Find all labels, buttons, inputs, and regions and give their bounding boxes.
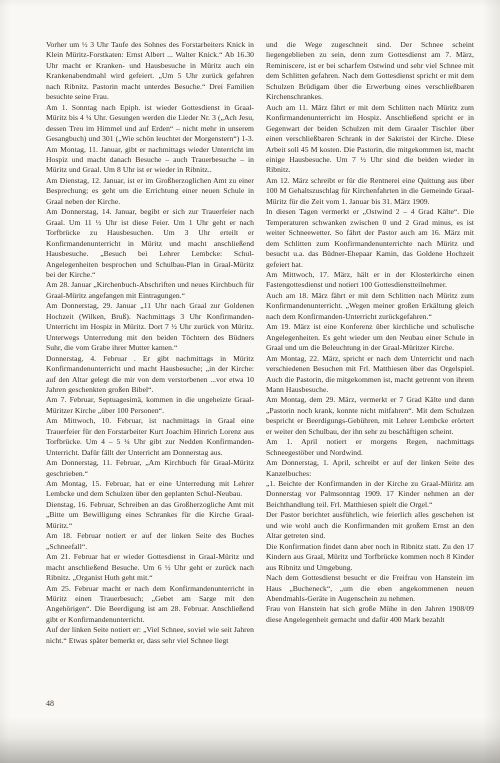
text-columns: Vorher um ½ 3 Uhr Taufe des Sohnes des F… bbox=[46, 40, 474, 646]
paragraph: Die Konfirmation findet dann aber noch i… bbox=[266, 542, 474, 573]
left-column: Vorher um ½ 3 Uhr Taufe des Sohnes des F… bbox=[46, 40, 254, 646]
paragraph: und die Wege zugeschneit sind. Der Schne… bbox=[266, 40, 474, 103]
paragraph: Am Donnerstag, 1. April, schreibt er auf… bbox=[266, 458, 474, 479]
paragraph: Auch am 18. März fährt er mit dem Schlit… bbox=[266, 291, 474, 322]
page-number: 48 bbox=[46, 699, 54, 708]
paragraph: Am 1. Sonntag nach Epiph. ist wieder Got… bbox=[46, 103, 254, 145]
paragraph: Am Montag, dem 29. März, vermerkt er 7 G… bbox=[266, 395, 474, 437]
paragraph: Am 18. Februar notiert er auf der linken… bbox=[46, 531, 254, 552]
paragraph: Am 21. Februar hat er wieder Gottesdiens… bbox=[46, 552, 254, 583]
paragraph: Am Montag, 15. Februar, hat er eine Unte… bbox=[46, 479, 254, 500]
paragraph: Am Donnerstag, 11. Februar, „Am Kirchbuc… bbox=[46, 458, 254, 479]
paragraph: Auf der linken Seite notiert er: „Viel S… bbox=[46, 625, 254, 646]
paragraph: Am 12. März schreibt er für die Rentnere… bbox=[266, 176, 474, 207]
paragraph: Am Mittwoch, 17. März, hält er in der Kl… bbox=[266, 270, 474, 291]
paragraph: Frau von Hanstein hat sich große Mühe in… bbox=[266, 604, 474, 625]
paragraph: In diesen Tagen vermerkt er „Ostwind 2 –… bbox=[266, 207, 474, 270]
paragraph: Auch am 11. März fährt er mit dem Schlit… bbox=[266, 103, 474, 176]
scan-bottom-edge bbox=[0, 737, 500, 763]
paragraph: Donnerstag, 4. Februar . Er gibt nachmit… bbox=[46, 354, 254, 396]
paragraph: Am Mittwoch, 10. Februar, ist nachmittag… bbox=[46, 416, 254, 458]
paragraph: Am Donnerstag, 29. Januar „11 Uhr nach G… bbox=[46, 301, 254, 353]
paragraph: Am 25. Februar macht er nach dem Konfirm… bbox=[46, 584, 254, 626]
paragraph: Am 1. April notiert er morgens Regen, na… bbox=[266, 437, 474, 458]
paragraph: Der Pastor berichtet ausführlich, wie fe… bbox=[266, 510, 474, 541]
paragraph: Am 19. März ist eine Konferenz über kirc… bbox=[266, 322, 474, 353]
paragraph: Am 28. Januar „Kirchenbuch-Abschriften u… bbox=[46, 280, 254, 301]
paragraph: Am Donnerstag, 14. Januar, begibt er sic… bbox=[46, 207, 254, 280]
paragraph: Am Montag, 22. März, spricht er nach dem… bbox=[266, 354, 474, 396]
paragraph: Nach dem Gottesdienst besucht er die Fre… bbox=[266, 573, 474, 604]
paragraph: Dienstag, 16. Februar, Schreiben an das … bbox=[46, 500, 254, 531]
paragraph: „1. Beichte der Konfirmanden in der Kirc… bbox=[266, 479, 474, 510]
paragraph: Am Montag, 11. Januar, gibt er nachmitta… bbox=[46, 145, 254, 176]
paragraph: Am Dienstag, 12. Januar, ist er im Großh… bbox=[46, 176, 254, 207]
book-page-scan: Vorher um ½ 3 Uhr Taufe des Sohnes des F… bbox=[0, 0, 500, 763]
right-column: und die Wege zugeschneit sind. Der Schne… bbox=[266, 40, 474, 646]
paragraph: Am 7. Februar, Septuagesimä, kommen in d… bbox=[46, 395, 254, 416]
paragraph: Vorher um ½ 3 Uhr Taufe des Sohnes des F… bbox=[46, 40, 254, 103]
